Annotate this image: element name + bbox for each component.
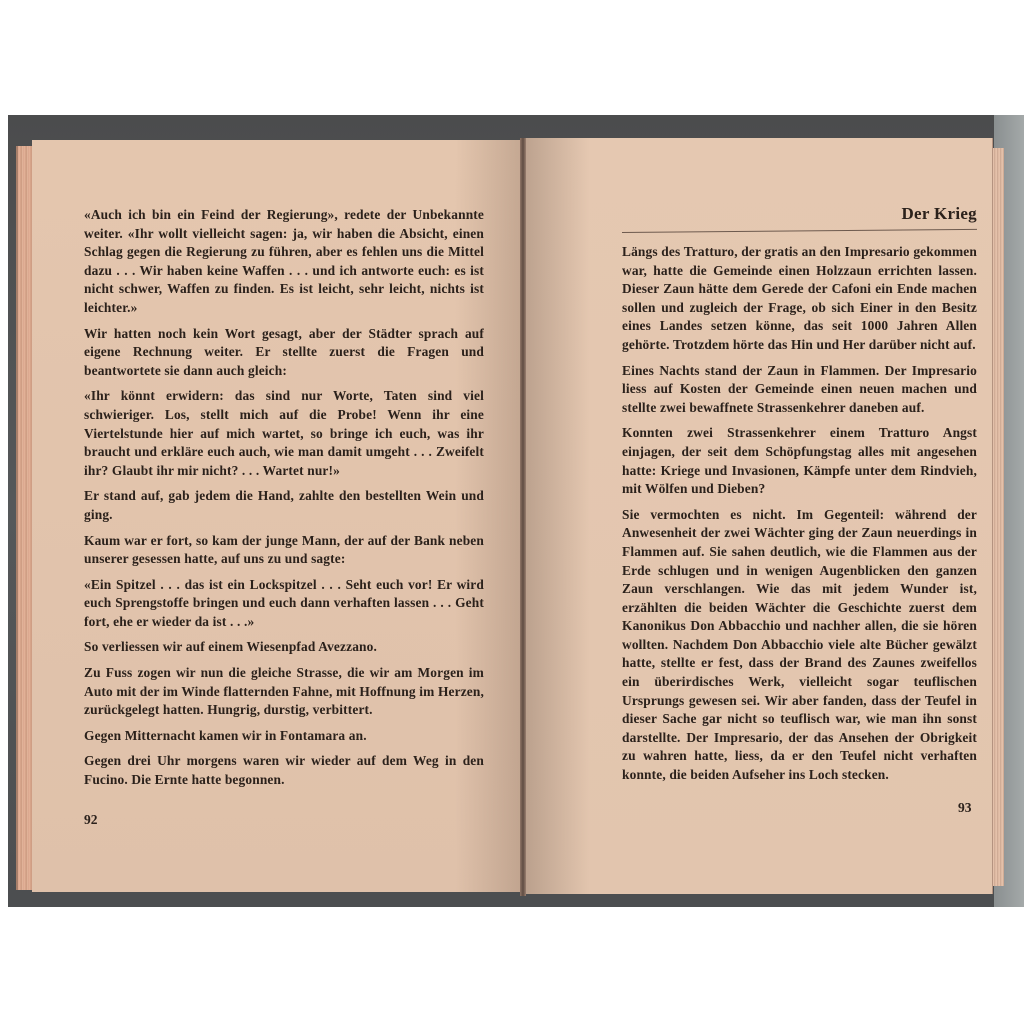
paragraph: Gegen drei Uhr morgens waren wir wieder … [84,752,484,789]
right-page-body: Längs des Tratturo, der gratis an den Im… [622,243,977,792]
paragraph: Gegen Mitternacht kamen wir in Fontamara… [84,727,484,746]
paragraph: Sie vermochten es nicht. Im Gegenteil: w… [622,506,977,785]
paragraph: Längs des Tratturo, der gratis an den Im… [622,243,977,355]
paragraph: «Auch ich bin ein Feind der Regierung», … [84,206,484,318]
paragraph: «Ihr könnt erwidern: das sind nur Worte,… [84,387,484,480]
paragraph: Zu Fuss zogen wir nun die gleiche Strass… [84,664,484,720]
paragraph: Eines Nachts stand der Zaun in Flammen. … [622,362,977,418]
right-page-stack-edges [992,148,1004,886]
page-number-left: 92 [84,812,98,828]
paragraph: «Ein Spitzel . . . das ist ein Lockspitz… [84,576,484,632]
paragraph: So verliessen wir auf einem Wiesenpfad A… [84,638,484,657]
left-page-body: «Auch ich bin ein Feind der Regierung», … [84,206,484,797]
paragraph: Er stand auf, gab jedem die Hand, zahlte… [84,487,484,524]
page-number-right: 93 [958,800,972,816]
paragraph: Wir hatten noch kein Wort gesagt, aber d… [84,325,484,381]
running-head: Der Krieg [622,204,977,224]
book-gutter [520,138,526,896]
paragraph: Kaum war er fort, so kam der junge Mann,… [84,532,484,569]
paragraph: Konnten zwei Strassenkehrer einem Trattu… [622,424,977,498]
